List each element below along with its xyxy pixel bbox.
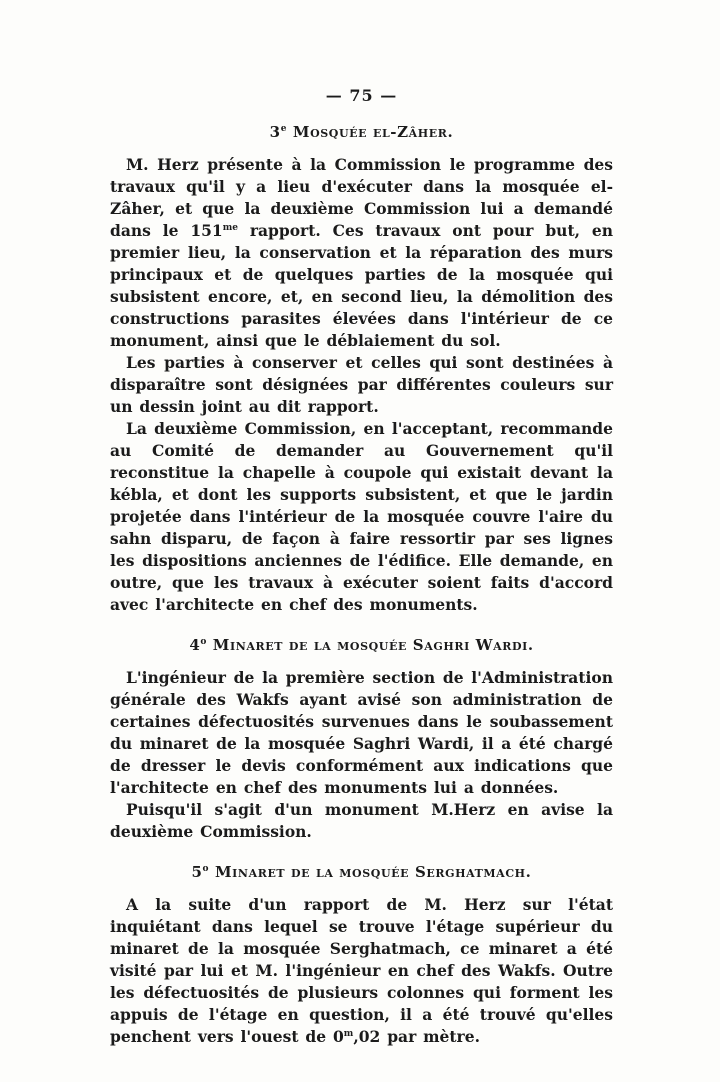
paragraph-text: Les parties à conserver et celles qui so…	[110, 353, 613, 416]
paragraph: La deuxième Commission, en l'acceptant, …	[110, 418, 613, 616]
heading-number: 5	[191, 863, 202, 881]
superscript-text: m	[344, 1029, 354, 1039]
paragraph: A la suite d'un rapport de M. Herz sur l…	[110, 894, 613, 1048]
paragraph: L'ingénieur de la première section de l'…	[110, 667, 613, 799]
text-block: — 75 — 3e Mosquée el-Zâher. M. Herz prés…	[110, 86, 613, 1048]
paragraph-text: La deuxième Commission, en l'acceptant, …	[110, 419, 613, 614]
section-heading-minaret-saghri-wardi: 4o Minaret de la mosquée Saghri Wardi.	[110, 636, 613, 654]
paragraph: M. Herz présente à la Commission le prog…	[110, 154, 613, 352]
paragraph-text: ,02 par mètre.	[353, 1027, 480, 1046]
heading-title: Minaret de la mosquée Serghatmach.	[215, 863, 532, 881]
heading-title: Mosquée el-Zâher.	[293, 123, 453, 141]
paragraph-text: L'ingénieur de la première section de l'…	[110, 668, 613, 797]
section-heading-mosquee-el-zaher: 3e Mosquée el-Zâher.	[110, 123, 613, 141]
page-number: — 75 —	[110, 86, 613, 105]
paragraph-text: A la suite d'un rapport de M. Herz sur l…	[110, 895, 613, 1046]
paragraph-text: Puisqu'il s'agit d'un monument M.Herz en…	[110, 800, 613, 841]
document-page: — 75 — 3e Mosquée el-Zâher. M. Herz prés…	[0, 0, 720, 1082]
heading-number: 4	[189, 636, 200, 654]
heading-ordinal-sup: o	[200, 637, 207, 647]
heading-ordinal-sup: e	[281, 124, 287, 134]
heading-number: 3	[270, 123, 281, 141]
paragraph-text: rapport. Ces travaux ont pour but, en pr…	[110, 221, 613, 350]
heading-title: Minaret de la mosquée Saghri Wardi.	[213, 636, 534, 654]
heading-ordinal-sup: o	[203, 864, 210, 874]
superscript-text: me	[223, 223, 238, 233]
section-heading-minaret-serghatmach: 5o Minaret de la mosquée Serghatmach.	[110, 863, 613, 881]
paragraph: Puisqu'il s'agit d'un monument M.Herz en…	[110, 799, 613, 843]
paragraph: Les parties à conserver et celles qui so…	[110, 352, 613, 418]
